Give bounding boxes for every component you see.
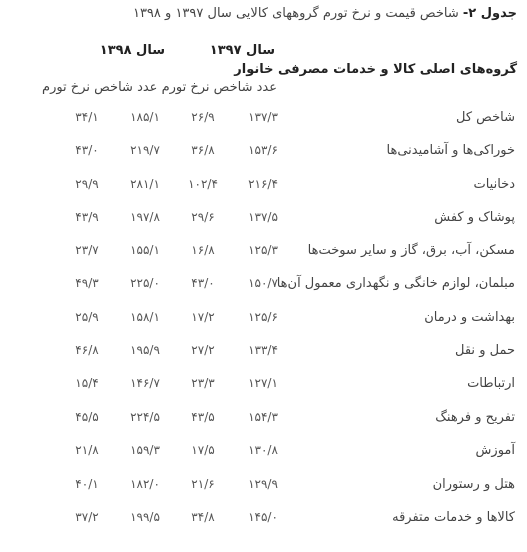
row-label: تفریح و فرهنگ: [435, 410, 515, 425]
table-title: شاخص قیمت و نرخ تورم گروههای کالایی سال …: [133, 6, 459, 21]
row-label: مسکن، آب، برق، گاز و سایر سوخت‌ها: [308, 243, 515, 258]
row-label: ارتباطات: [467, 376, 515, 391]
row-label: آموزش: [476, 443, 515, 458]
index-1398: ۲۲۵/۰: [120, 276, 170, 290]
row-label: بهداشت و درمان: [424, 310, 515, 325]
inflation-1398: ۴۳/۰: [62, 143, 112, 157]
inflation-1397: ۴۳/۵: [178, 410, 228, 424]
inflation-1397: ۱۶/۸: [178, 243, 228, 257]
inflation-1397: ۲۶/۹: [178, 110, 228, 124]
inflation-1397: ۲۷/۲: [178, 343, 228, 357]
inflation-1398: ۲۱/۸: [62, 443, 112, 457]
index-1397: ۱۳۷/۵: [238, 210, 288, 224]
table-number: جدول ۲-: [463, 6, 517, 21]
row-label: خوراکی‌ها و آشامیدنی‌ها: [387, 143, 515, 158]
index-1397: ۱۵۰/۷: [238, 276, 288, 290]
column-header-1397: سال ۱۳۹۷: [210, 43, 275, 58]
table-row: کالاها و خدمات متفرقه ۱۴۵/۰ ۳۴/۸ ۱۹۹/۵ ۳…: [0, 510, 527, 530]
table-row: خوراکی‌ها و آشامیدنی‌ها ۱۵۳/۶ ۳۶/۸ ۲۱۹/۷…: [0, 143, 527, 163]
column-header-1398: سال ۱۳۹۸: [100, 43, 165, 58]
index-1398: ۱۹۷/۸: [120, 210, 170, 224]
inflation-1398: ۳۷/۲: [62, 510, 112, 524]
row-label: هتل و رستوران: [433, 477, 515, 492]
table-row: شاخص کل ۱۳۷/۳ ۲۶/۹ ۱۸۵/۱ ۳۴/۱: [0, 110, 527, 130]
table-row: ارتباطات ۱۲۷/۱ ۲۳/۳ ۱۴۶/۷ ۱۵/۴: [0, 376, 527, 396]
inflation-1397: ۱۷/۲: [178, 310, 228, 324]
inflation-1398: ۲۹/۹: [62, 177, 112, 191]
inflation-1397: ۴۳/۰: [178, 276, 228, 290]
table-row: مبلمان، لوازم خانگی و نگهداری معمول آن‌ه…: [0, 276, 527, 296]
index-1398: ۱۸۵/۱: [120, 110, 170, 124]
inflation-1397: ۱۷/۵: [178, 443, 228, 457]
index-1398: ۲۲۴/۵: [120, 410, 170, 424]
index-1397: ۱۵۴/۳: [238, 410, 288, 424]
table-row: حمل و نقل ۱۳۳/۴ ۲۷/۲ ۱۹۵/۹ ۴۶/۸: [0, 343, 527, 363]
table-row: هتل و رستوران ۱۲۹/۹ ۲۱/۶ ۱۸۲/۰ ۴۰/۱: [0, 477, 527, 497]
index-1398: ۱۹۵/۹: [120, 343, 170, 357]
index-1397: ۱۴۵/۰: [238, 510, 288, 524]
inflation-1398: ۴۶/۸: [62, 343, 112, 357]
index-1397: ۱۲۵/۳: [238, 243, 288, 257]
column-header-groups: گروه‌های اصلی کالا و خدمات مصرفی خانوار: [234, 62, 517, 77]
inflation-1397: ۳۶/۸: [178, 143, 228, 157]
table-row: مسکن، آب، برق، گاز و سایر سوخت‌ها ۱۲۵/۳ …: [0, 243, 527, 263]
index-1397: ۱۲۹/۹: [238, 477, 288, 491]
inflation-1397: ۱۰۲/۴: [178, 177, 228, 191]
index-1397: ۱۲۷/۱: [238, 376, 288, 390]
index-1398: ۱۹۹/۵: [120, 510, 170, 524]
table-row: پوشاک و کفش ۱۳۷/۵ ۲۹/۶ ۱۹۷/۸ ۴۳/۹: [0, 210, 527, 230]
index-1397: ۱۵۳/۶: [238, 143, 288, 157]
table-row: بهداشت و درمان ۱۲۵/۶ ۱۷/۲ ۱۵۸/۱ ۲۵/۹: [0, 310, 527, 330]
index-1398: ۲۸۱/۱: [120, 177, 170, 191]
table-row: تفریح و فرهنگ ۱۵۴/۳ ۴۳/۵ ۲۲۴/۵ ۴۵/۵: [0, 410, 527, 430]
inflation-1398: ۳۴/۱: [62, 110, 112, 124]
inflation-1398: ۴۵/۵: [62, 410, 112, 424]
index-1398: ۱۵۹/۳: [120, 443, 170, 457]
inflation-1398: ۴۳/۹: [62, 210, 112, 224]
inflation-1397: ۲۱/۶: [178, 477, 228, 491]
index-1397: ۱۳۳/۴: [238, 343, 288, 357]
inflation-1397: ۳۴/۸: [178, 510, 228, 524]
inflation-1398: ۲۵/۹: [62, 310, 112, 324]
index-1398: ۱۵۸/۱: [120, 310, 170, 324]
inflation-1398: ۱۵/۴: [62, 376, 112, 390]
index-1398: ۱۴۶/۷: [120, 376, 170, 390]
row-label: پوشاک و کفش: [434, 210, 515, 225]
index-1397: ۱۳۷/۳: [238, 110, 288, 124]
sub-column-headers: عدد شاخص نرخ تورم عدد شاخص نرخ تورم: [42, 80, 277, 95]
inflation-1398: ۲۳/۷: [62, 243, 112, 257]
index-1397: ۲۱۶/۴: [238, 177, 288, 191]
index-1397: ۱۳۰/۸: [238, 443, 288, 457]
index-1397: ۱۲۵/۶: [238, 310, 288, 324]
inflation-1397: ۲۹/۶: [178, 210, 228, 224]
row-label: شاخص کل: [456, 110, 515, 125]
row-label: کالاها و خدمات متفرقه: [392, 510, 515, 525]
index-1398: ۲۱۹/۷: [120, 143, 170, 157]
inflation-1398: ۴۰/۱: [62, 477, 112, 491]
index-1398: ۱۸۲/۰: [120, 477, 170, 491]
inflation-1397: ۲۳/۳: [178, 376, 228, 390]
row-label: مبلمان، لوازم خانگی و نگهداری معمول آن‌ه…: [277, 276, 515, 291]
index-1398: ۱۵۵/۱: [120, 243, 170, 257]
table-row: آموزش ۱۳۰/۸ ۱۷/۵ ۱۵۹/۳ ۲۱/۸: [0, 443, 527, 463]
inflation-1398: ۴۹/۳: [62, 276, 112, 290]
row-label: حمل و نقل: [455, 343, 515, 358]
table-caption: جدول ۲- شاخص قیمت و نرخ تورم گروههای کال…: [133, 6, 517, 21]
table-row: دخانیات ۲۱۶/۴ ۱۰۲/۴ ۲۸۱/۱ ۲۹/۹: [0, 177, 527, 197]
row-label: دخانیات: [473, 177, 515, 192]
